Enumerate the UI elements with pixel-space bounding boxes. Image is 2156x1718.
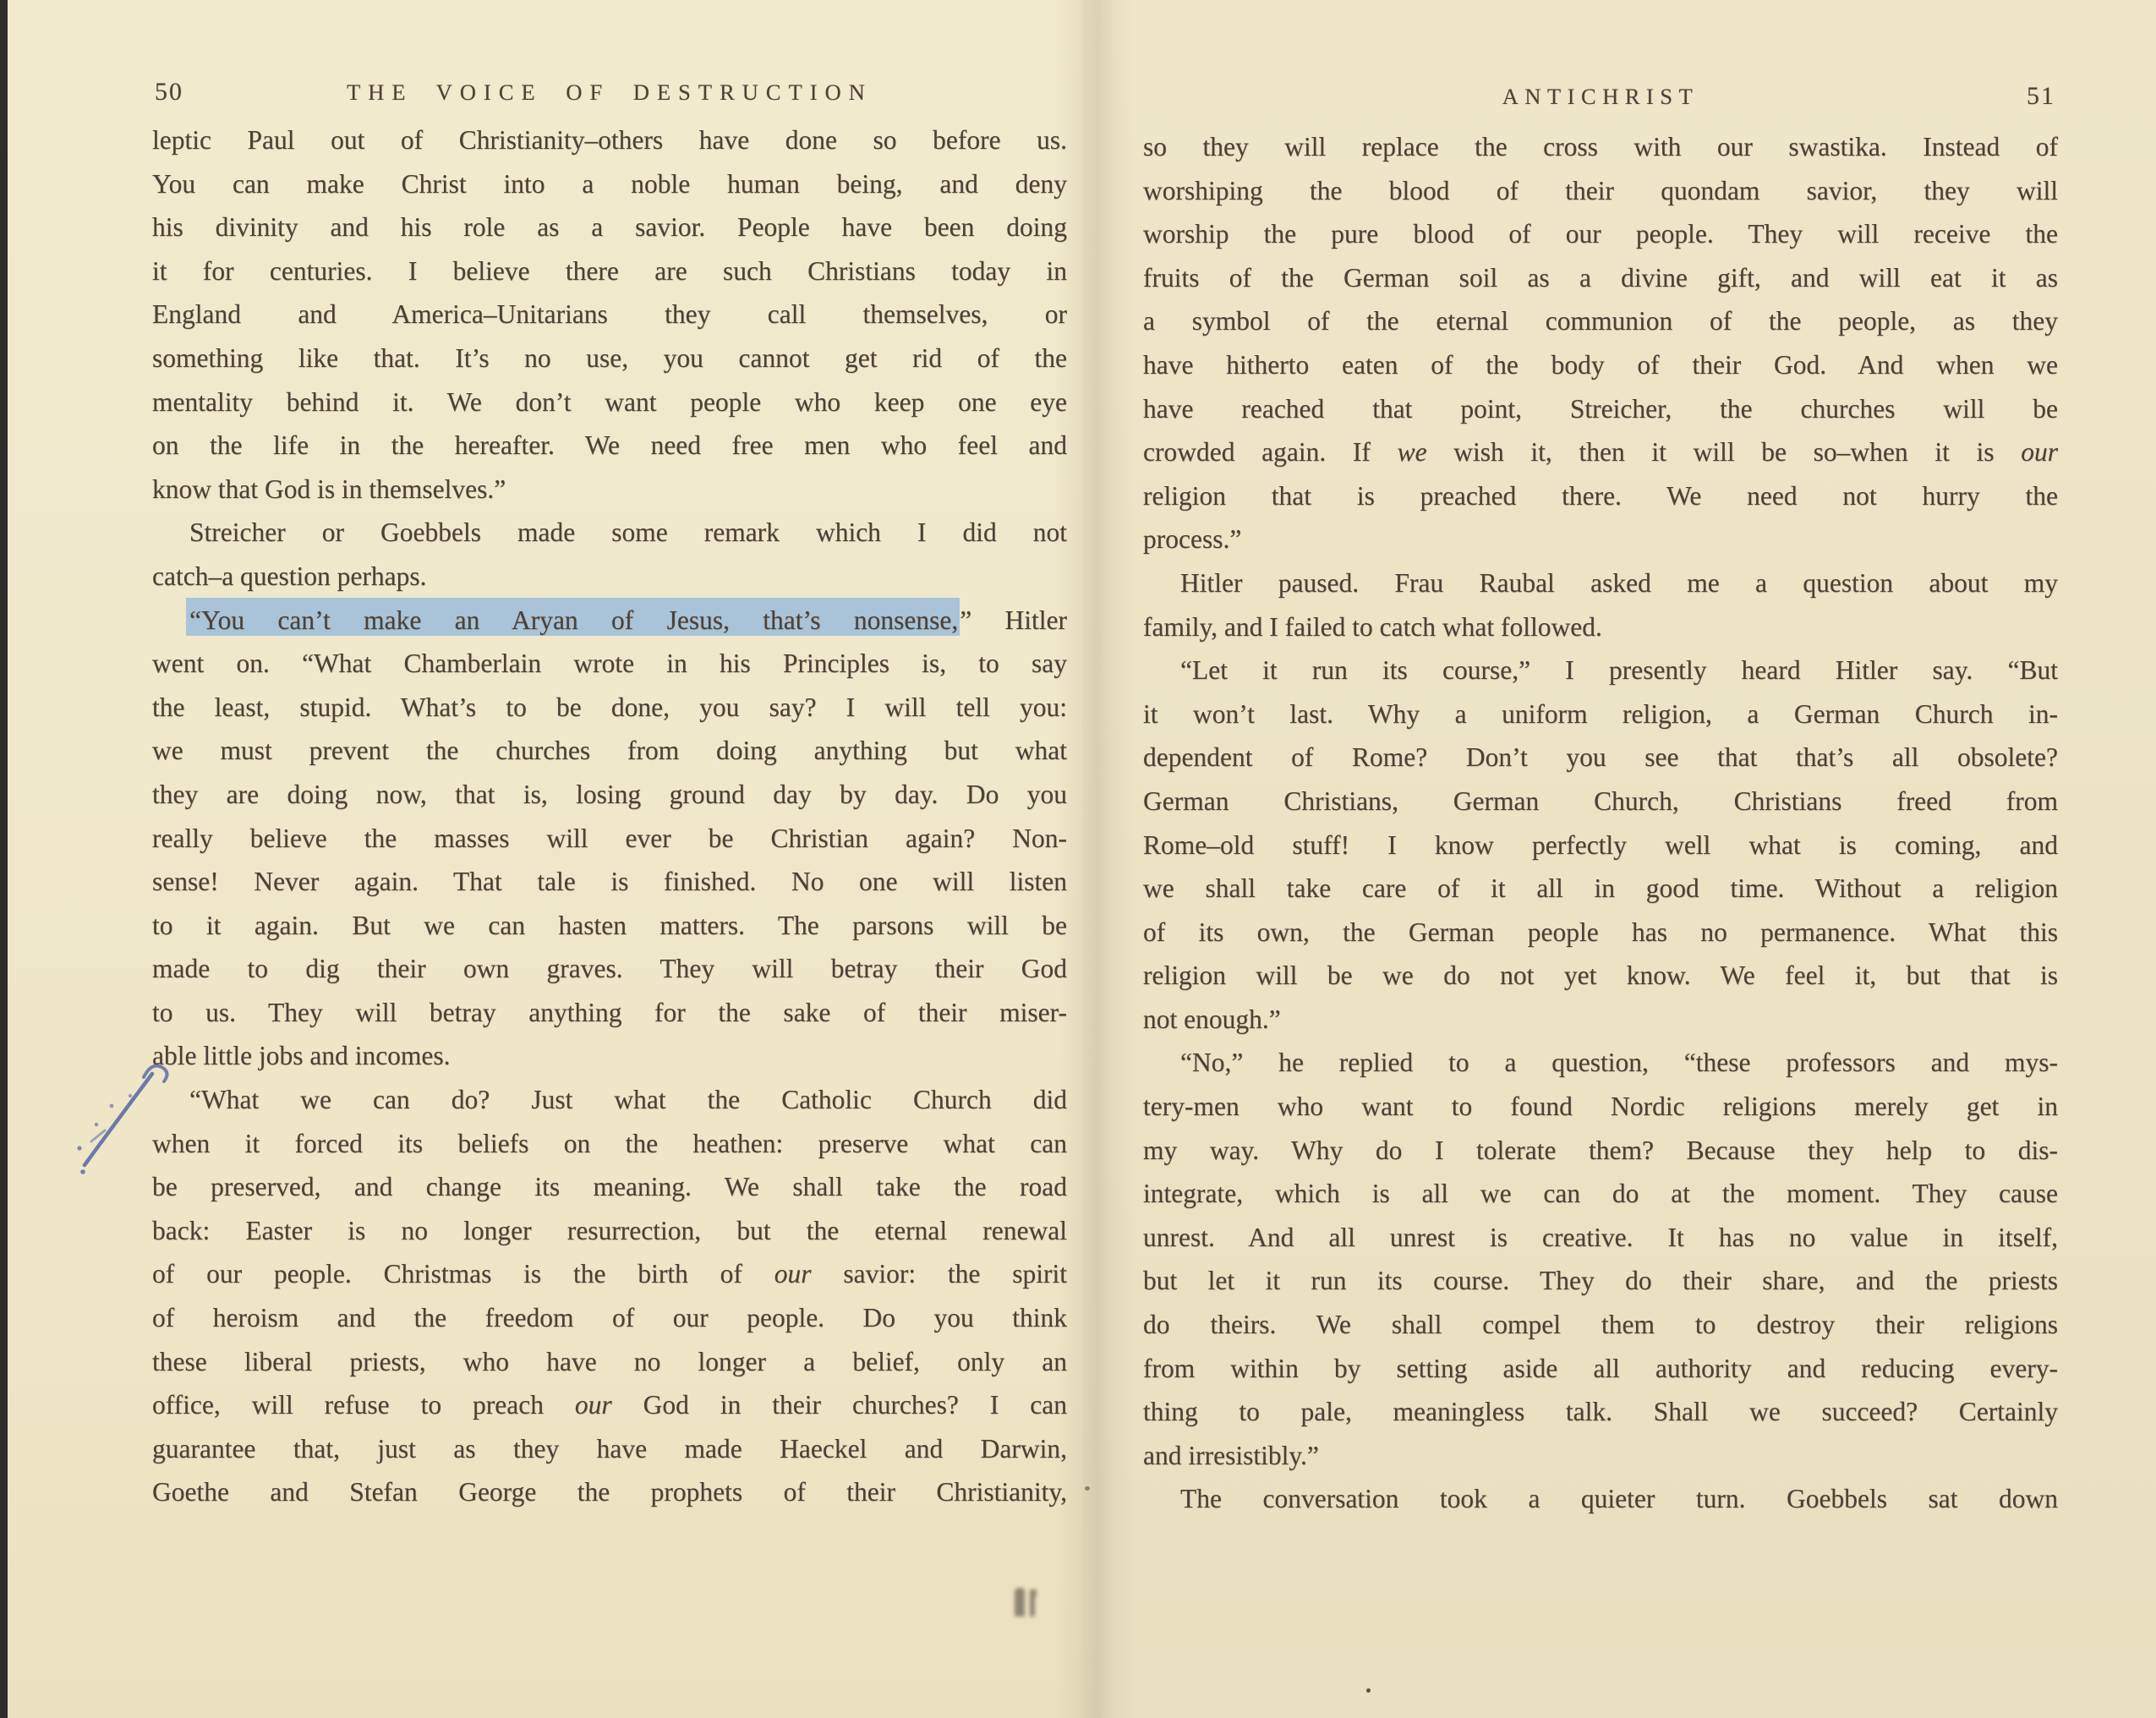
text-line: crowded again. If we wish it, then it wi… [1143, 430, 2058, 474]
ink-dot [1366, 1688, 1371, 1693]
text-line: “What we can do? Just what the Catholic … [152, 1078, 1067, 1122]
text-segment: it for centuries. I believe there are su… [152, 256, 1067, 286]
text-line: process.” [1143, 517, 2058, 561]
text-segment: “No,” he replied to a question, “these p… [1180, 1048, 2058, 1077]
text-segment: back: Easter is no longer resurrection, … [152, 1216, 1067, 1245]
text-line: back: Easter is no longer resurrection, … [152, 1209, 1067, 1253]
text-segment: family, and I failed to catch what follo… [1143, 612, 1602, 642]
text-line: on the life in the hereafter. We need fr… [152, 424, 1067, 468]
text-line: German Christians, German Church, Christ… [1143, 780, 2058, 823]
text-segment: these liberal priests, who have no longe… [152, 1347, 1067, 1376]
text-line: religion will be we do not yet know. We … [1143, 954, 2058, 998]
text-segment: and irresistibly.” [1143, 1441, 1319, 1470]
text-segment: catch–a question perhaps. [152, 561, 427, 591]
print-smudge [1011, 1578, 1045, 1622]
text-segment: thing to pale, meaningless talk. Shall w… [1143, 1397, 2058, 1426]
text-segment: they are doing now, that is, losing grou… [152, 780, 1067, 809]
running-header-right: ANTICHRIST 51 [1143, 82, 2058, 111]
text-segment: our [575, 1390, 612, 1420]
text-segment: when it forced its beliefs on the heathe… [152, 1129, 1067, 1158]
text-segment: we shall take care of it all in good tim… [1143, 873, 2058, 903]
text-line: have hitherto eaten of the body of their… [1143, 343, 2058, 387]
text-segment: have reached that point, Streicher, the … [1143, 394, 2058, 424]
text-line: we shall take care of it all in good tim… [1143, 867, 2058, 911]
text-segment: crowded again. If [1143, 437, 1398, 467]
text-line: do theirs. We shall compel them to destr… [1143, 1303, 2058, 1347]
text-line: sense! Never again. That tale is finishe… [152, 860, 1067, 904]
text-segment: went on. “What Chamberlain wrote in his … [152, 648, 1067, 678]
text-segment: a symbol of the eternal communion of the… [1143, 306, 2058, 336]
text-line: The conversation took a quieter turn. Go… [1143, 1477, 2058, 1521]
text-segment: German Christians, German Church, Christ… [1143, 786, 2058, 816]
text-segment: of heroism and the freedom of our people… [152, 1303, 1067, 1332]
text-line: to it again. But we can hasten matters. … [152, 904, 1067, 948]
text-line: leptic Paul out of Christianity–others h… [152, 118, 1067, 162]
text-line: Hitler paused. Frau Raubal asked me a qu… [1143, 561, 2058, 605]
text-line: my way. Why do I tolerate them? Because … [1143, 1129, 2058, 1173]
text-segment: our [774, 1259, 812, 1288]
text-line: Goethe and Stefan George the prophets of… [152, 1470, 1067, 1514]
text-segment: religion that is preached there. We need… [1143, 481, 2058, 511]
text-line: a symbol of the eternal communion of the… [1143, 299, 2058, 343]
text-line: “You can’t make an Aryan of Jesus, that’… [152, 599, 1067, 643]
text-segment: God in their churches? I can [612, 1390, 1067, 1420]
text-segment: his divinity and his role as a savior. P… [152, 212, 1067, 242]
book-scan: { "book": { "left_page": { "page_number"… [0, 0, 2156, 1718]
text-line: but let it run its course. They do their… [1143, 1259, 2058, 1303]
text-segment: my way. Why do I tolerate them? Because … [1143, 1135, 2058, 1165]
text-line: of our people. Christmas is the birth of… [152, 1252, 1067, 1296]
text-segment: Hitler paused. Frau Raubal asked me a qu… [1180, 568, 2058, 598]
text-line: Rome–old stuff! I know perfectly well wh… [1143, 823, 2058, 867]
text-line: Streicher or Goebbels made some remark w… [152, 511, 1067, 555]
text-segment: dependent of Rome? Don’t you see that th… [1143, 742, 2058, 772]
page-gutter-shadow [1055, 0, 1136, 1718]
text-segment: ” Hitler [960, 605, 1067, 635]
text-line: so they will replace the cross with our … [1143, 125, 2058, 169]
text-line: thing to pale, meaningless talk. Shall w… [1143, 1390, 2058, 1434]
text-segment: unrest. And all unrest is creative. It h… [1143, 1223, 2058, 1252]
text-segment: guarantee that, just as they have made H… [152, 1434, 1067, 1464]
text-segment: Goethe and Stefan George the prophets of… [152, 1477, 1067, 1507]
running-title-right: ANTICHRIST [1143, 84, 2058, 110]
text-line: it for centuries. I believe there are su… [152, 249, 1067, 293]
text-line: when it forced its beliefs on the heathe… [152, 1122, 1067, 1166]
text-line: his divinity and his role as a savior. P… [152, 205, 1067, 249]
text-line: fruits of the German soil as a divine gi… [1143, 256, 2058, 300]
text-segment: the least, stupid. What’s to be done, yo… [152, 692, 1067, 722]
text-segment: Streicher or Goebbels made some remark w… [189, 517, 1067, 547]
text-segment: so they will replace the cross with our … [1143, 132, 2058, 161]
text-segment: integrate, which is all we can do at the… [1143, 1179, 2058, 1208]
text-line: You can make Christ into a noble human b… [152, 162, 1067, 206]
text-segment: leptic Paul out of Christianity–others h… [152, 125, 1067, 155]
text-segment: able little jobs and incomes. [152, 1041, 451, 1070]
text-segment: made to dig their own graves. They will … [152, 954, 1067, 983]
text-line: worshiping the blood of their quondam sa… [1143, 169, 2058, 213]
text-segment: not enough.” [1143, 1004, 1281, 1034]
text-segment: tery-men who want to found Nordic religi… [1143, 1092, 2058, 1121]
text-line: they are doing now, that is, losing grou… [152, 773, 1067, 817]
running-title-left: THE VOICE OF DESTRUCTION [152, 79, 1067, 106]
text-segment: England and America–Unitarians they call… [152, 299, 1067, 329]
text-line: worship the pure blood of our people. Th… [1143, 212, 2058, 256]
text-segment: process.” [1143, 524, 1241, 554]
text-segment: “What we can do? Just what the Catholic … [189, 1085, 1067, 1114]
text-line: and irresistibly.” [1143, 1434, 2058, 1478]
text-line: we must prevent the churches from doing … [152, 729, 1067, 773]
text-segment: savior: the spirit [812, 1259, 1067, 1288]
scan-edge [0, 0, 8, 1718]
text-line: dependent of Rome? Don’t you see that th… [1143, 736, 2058, 780]
text-line: went on. “What Chamberlain wrote in his … [152, 642, 1067, 686]
text-line: of its own, the German people has no per… [1143, 911, 2058, 955]
text-line: catch–a question perhaps. [152, 555, 1067, 599]
running-header-left: 50 THE VOICE OF DESTRUCTION [152, 78, 1067, 107]
text-segment: fruits of the German soil as a divine gi… [1143, 263, 2058, 293]
margin-ink-mark [49, 1047, 193, 1199]
text-segment: You can make Christ into a noble human b… [152, 169, 1067, 199]
text-line: made to dig their own graves. They will … [152, 947, 1067, 991]
body-text-right: so they will replace the cross with our … [1143, 125, 2058, 1521]
text-line: something like that. It’s no use, you ca… [152, 336, 1067, 380]
text-line: guarantee that, just as they have made H… [152, 1427, 1067, 1471]
text-line: these liberal priests, who have no longe… [152, 1340, 1067, 1384]
text-line: able little jobs and incomes. [152, 1034, 1067, 1078]
text-segment: we must prevent the churches from doing … [152, 736, 1067, 765]
text-line: not enough.” [1143, 998, 2058, 1042]
text-segment: do theirs. We shall compel them to destr… [1143, 1310, 2058, 1339]
text-segment: of our people. Christmas is the birth of [152, 1259, 774, 1288]
text-line: religion that is preached there. We need… [1143, 474, 2058, 518]
text-segment: worship the pure blood of our people. Th… [1143, 219, 2058, 249]
text-segment: office, will refuse to preach [152, 1390, 575, 1420]
text-segment: we [1398, 437, 1427, 467]
text-segment: it won’t last. Why a uniform religion, a… [1143, 699, 2058, 729]
text-segment: our [2021, 437, 2058, 467]
text-segment: know that God is in themselves.” [152, 474, 506, 504]
ink-dot [1085, 1486, 1090, 1491]
text-segment: be preserved, and change its meaning. We… [152, 1172, 1067, 1201]
page-number-right: 51 [2027, 82, 2055, 111]
text-segment: to it again. But we can hasten matters. … [152, 911, 1067, 940]
highlighted-text: “You can’t make an Aryan of Jesus, that’… [186, 598, 960, 636]
text-segment: on the life in the hereafter. We need fr… [152, 430, 1067, 460]
text-line: of heroism and the freedom of our people… [152, 1296, 1067, 1340]
text-segment: The conversation took a quieter turn. Go… [1180, 1484, 2058, 1513]
text-line: integrate, which is all we can do at the… [1143, 1172, 2058, 1216]
text-segment: mentality behind it. We don’t want peopl… [152, 387, 1067, 417]
text-segment: to us. They will betray anything for the… [152, 998, 1067, 1027]
text-segment: wish it, then it will be so–when it is [1427, 437, 2022, 467]
text-segment: really believe the masses will ever be C… [152, 823, 1067, 853]
text-segment: of its own, the German people has no per… [1143, 917, 2058, 947]
text-segment: something like that. It’s no use, you ca… [152, 343, 1067, 373]
text-segment: religion will be we do not yet know. We … [1143, 960, 2058, 990]
text-line: mentality behind it. We don’t want peopl… [152, 380, 1067, 424]
body-text-left: leptic Paul out of Christianity–others h… [152, 118, 1067, 1514]
text-segment: worshiping the blood of their quondam sa… [1143, 176, 2058, 205]
text-segment: from within by setting aside all authori… [1143, 1354, 2058, 1383]
text-line: really believe the masses will ever be C… [152, 817, 1067, 861]
text-line: know that God is in themselves.” [152, 468, 1067, 512]
text-line: “Let it run its course,” I presently hea… [1143, 648, 2058, 692]
text-line: from within by setting aside all authori… [1143, 1347, 2058, 1391]
text-line: tery-men who want to found Nordic religi… [1143, 1085, 2058, 1129]
text-segment: have hitherto eaten of the body of their… [1143, 350, 2058, 380]
text-line: England and America–Unitarians they call… [152, 293, 1067, 336]
text-line: to us. They will betray anything for the… [152, 991, 1067, 1035]
text-line: unrest. And all unrest is creative. It h… [1143, 1216, 2058, 1260]
text-segment: sense! Never again. That tale is finishe… [152, 867, 1067, 896]
text-segment: “Let it run its course,” I presently hea… [1180, 655, 2058, 685]
text-line: office, will refuse to preach our God in… [152, 1383, 1067, 1427]
text-segment: but let it run its course. They do their… [1143, 1266, 2058, 1295]
text-line: family, and I failed to catch what follo… [1143, 605, 2058, 649]
text-line: be preserved, and change its meaning. We… [152, 1165, 1067, 1209]
text-line: the least, stupid. What’s to be done, yo… [152, 686, 1067, 730]
text-line: “No,” he replied to a question, “these p… [1143, 1041, 2058, 1085]
text-segment: Rome–old stuff! I know perfectly well wh… [1143, 830, 2058, 860]
text-line: have reached that point, Streicher, the … [1143, 387, 2058, 431]
text-line: it won’t last. Why a uniform religion, a… [1143, 692, 2058, 736]
